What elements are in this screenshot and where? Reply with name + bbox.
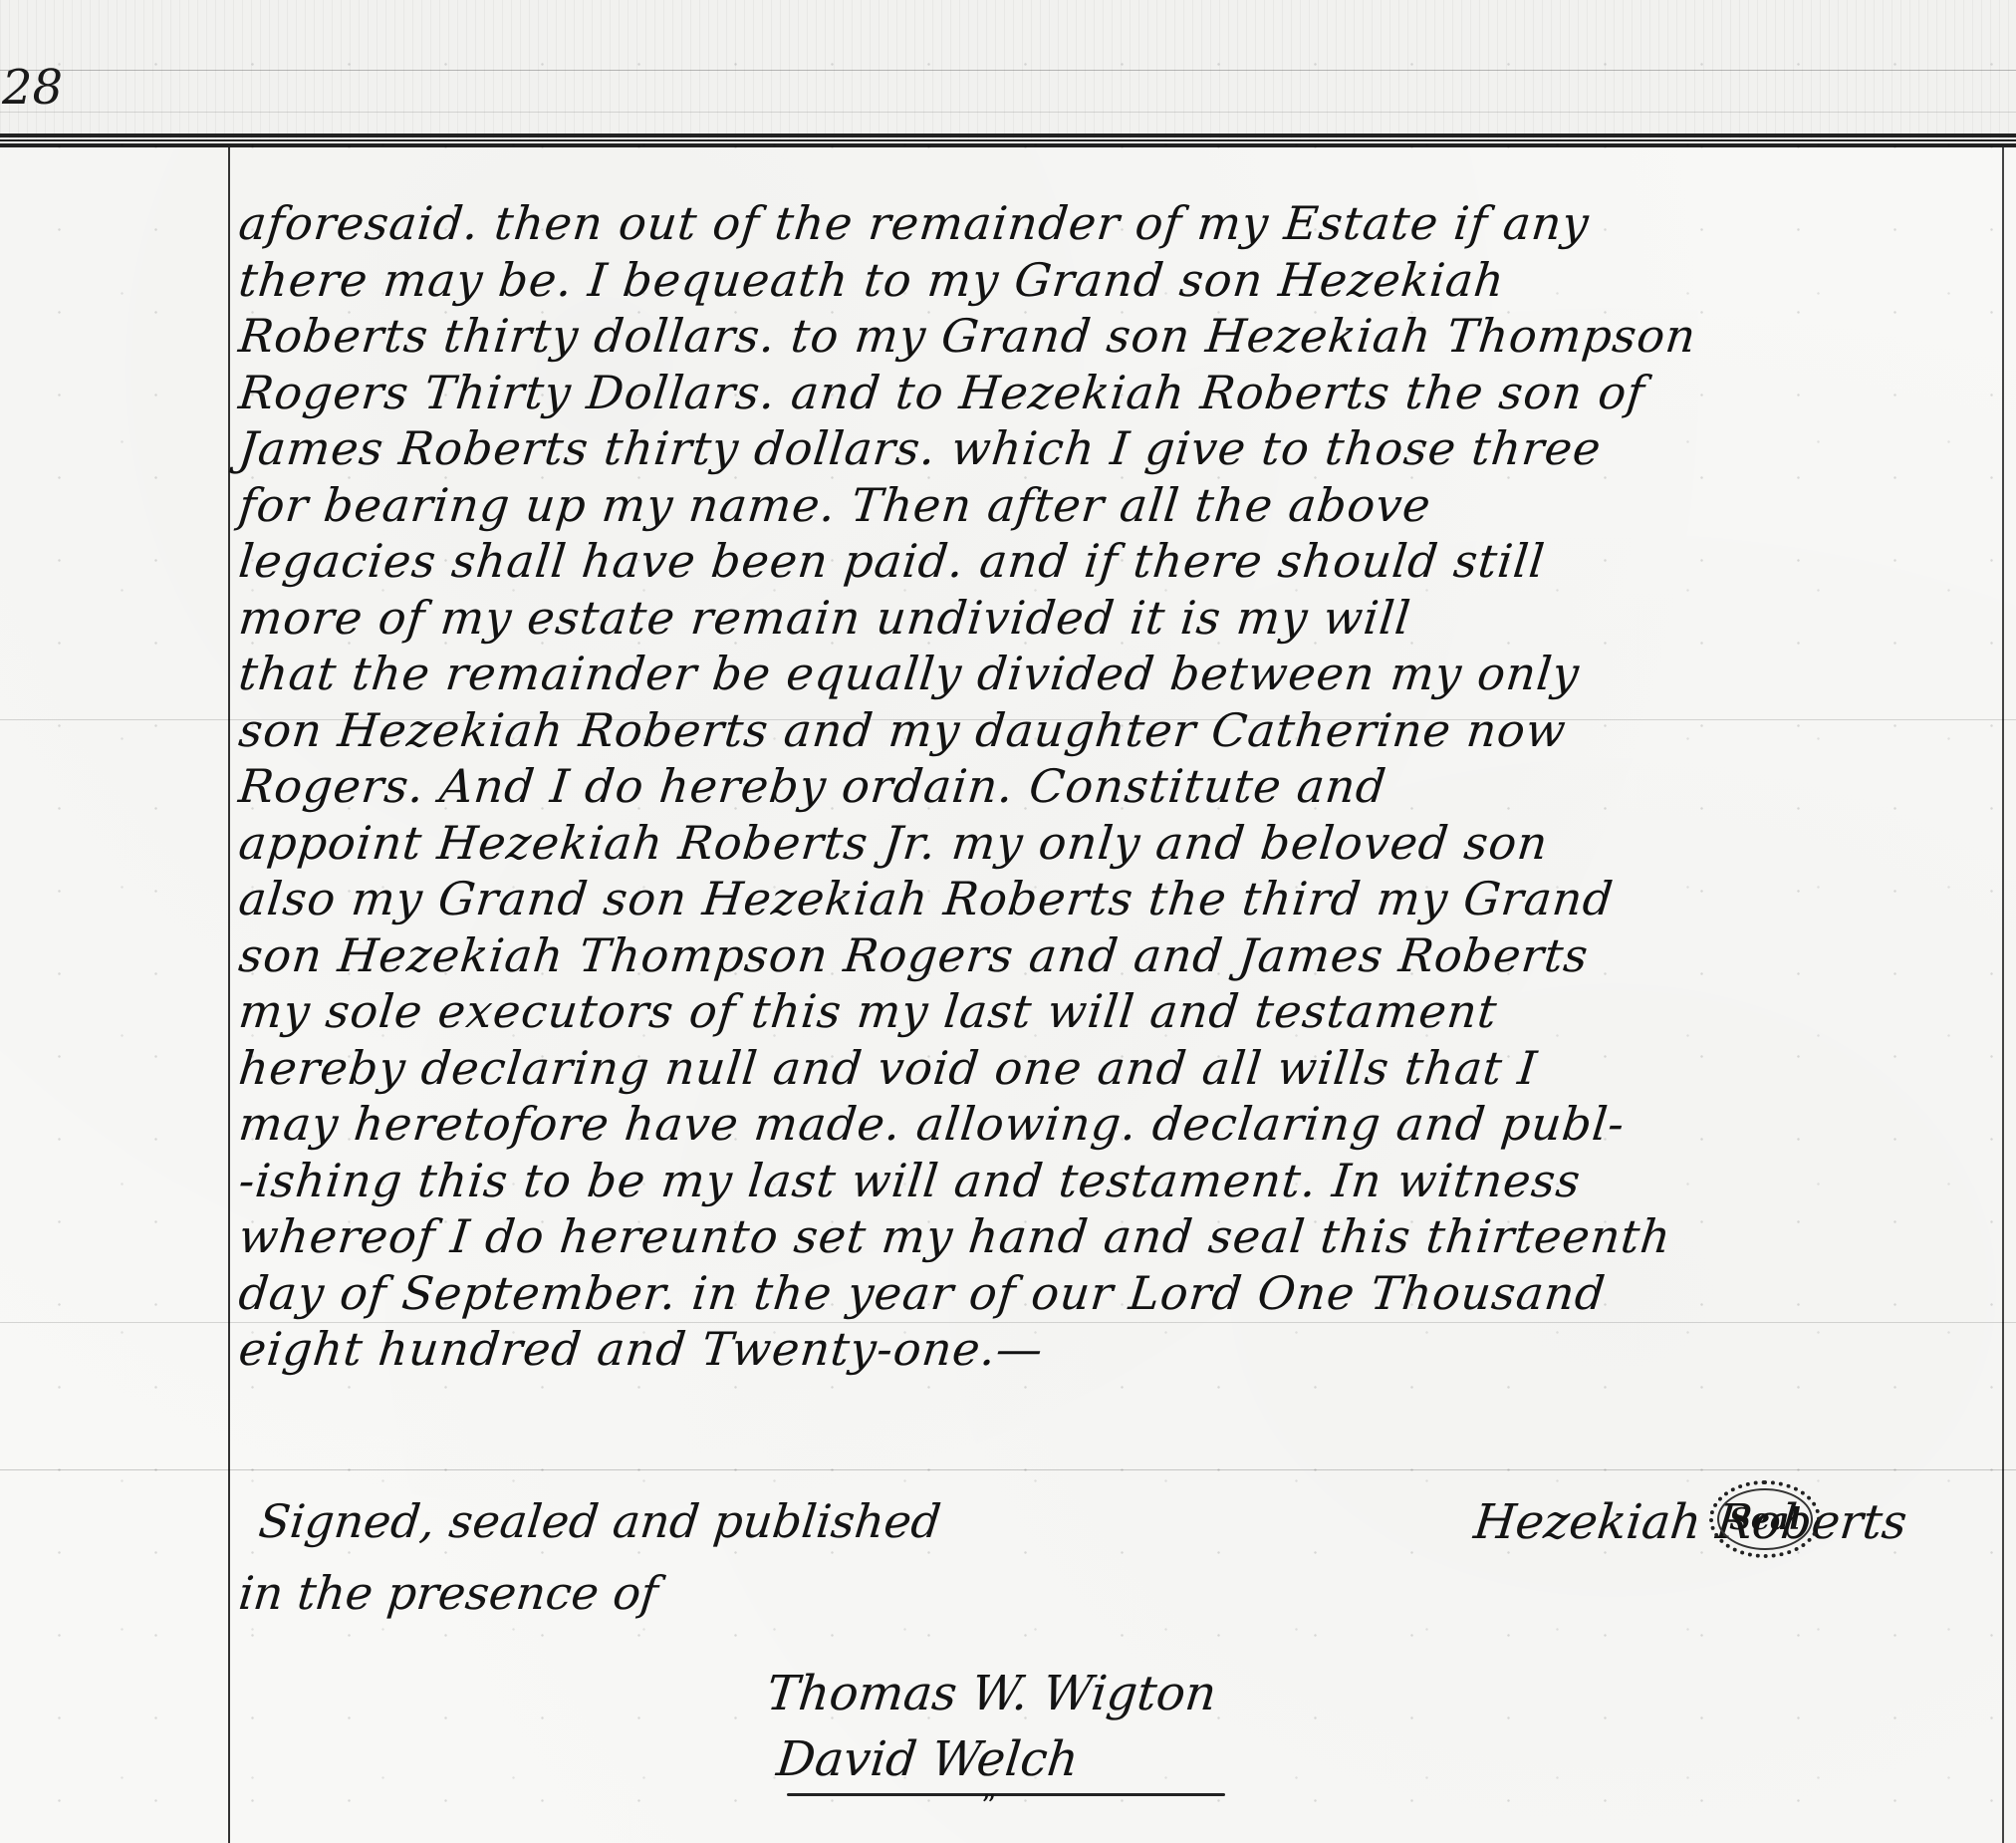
text-line: aforesaid. then out of the remainder of … [236, 195, 1995, 252]
signature-flourish [787, 1793, 1225, 1796]
header-guide-line [0, 112, 2016, 113]
text-line: Rogers Thirty Dollars. and to Hezekiah R… [236, 365, 1995, 421]
text-line: James Roberts thirty dollars. which I gi… [236, 420, 1995, 477]
text-line: Roberts thirty dollars. to my Grand son … [236, 308, 1995, 365]
text-line: hereby declaring null and void one and a… [236, 1040, 1995, 1097]
ruled-line [0, 1469, 2016, 1470]
text-line: that the remainder be equally divided be… [236, 646, 1995, 702]
text-line: for bearing up my name. Then after all t… [236, 477, 1995, 534]
will-page: 28 aforesaid. then out of the remainder … [0, 0, 2016, 1843]
text-line: more of my estate remain undivided it is… [236, 590, 1995, 647]
text-line: whereof I do hereunto set my hand and se… [236, 1208, 1995, 1265]
text-line: day of September. in the year of our Lor… [236, 1265, 1995, 1322]
presence-label: in the presence of [236, 1566, 660, 1620]
seal-icon: Seal [1709, 1480, 1821, 1558]
seal-label: Seal [1729, 1502, 1801, 1537]
text-line: Rogers. And I do hereby ordain. Constitu… [236, 758, 1995, 815]
text-line: also my Grand son Hezekiah Roberts the t… [236, 871, 1995, 927]
text-line: legacies shall have been paid. and if th… [236, 533, 1995, 590]
text-line: may heretofore have made. allowing. decl… [236, 1096, 1995, 1153]
text-line: eight hundred and Twenty-one.— [236, 1321, 1995, 1378]
text-line: appoint Hezekiah Roberts Jr. my only and… [236, 815, 1995, 872]
page-number: 28 [2, 60, 63, 116]
right-margin-line [2002, 147, 2004, 1843]
witness-signature: David Welch [774, 1731, 1081, 1787]
text-line: there may be. I bequeath to my Grand son… [236, 252, 1995, 309]
will-body-text: aforesaid. then out of the remainder of … [239, 195, 1992, 1378]
ditto-mark: ” [981, 1789, 996, 1824]
testator-signature: Hezekiah Roberts [1471, 1494, 1909, 1550]
text-line: son Hezekiah Roberts and my daughter Cat… [236, 702, 1995, 759]
header-guide-line [0, 70, 2016, 71]
text-line: -ishing this to be my last will and test… [236, 1153, 1995, 1209]
witness-signature: Thomas W. Wigton [764, 1666, 1219, 1721]
text-line: son Hezekiah Thompson Rogers and and Jam… [236, 927, 1995, 984]
attestation-label: Signed, sealed and published [256, 1494, 943, 1548]
left-margin-line [228, 147, 230, 1843]
text-line: my sole executors of this my last will a… [236, 983, 1995, 1040]
top-double-rule [0, 133, 2016, 147]
